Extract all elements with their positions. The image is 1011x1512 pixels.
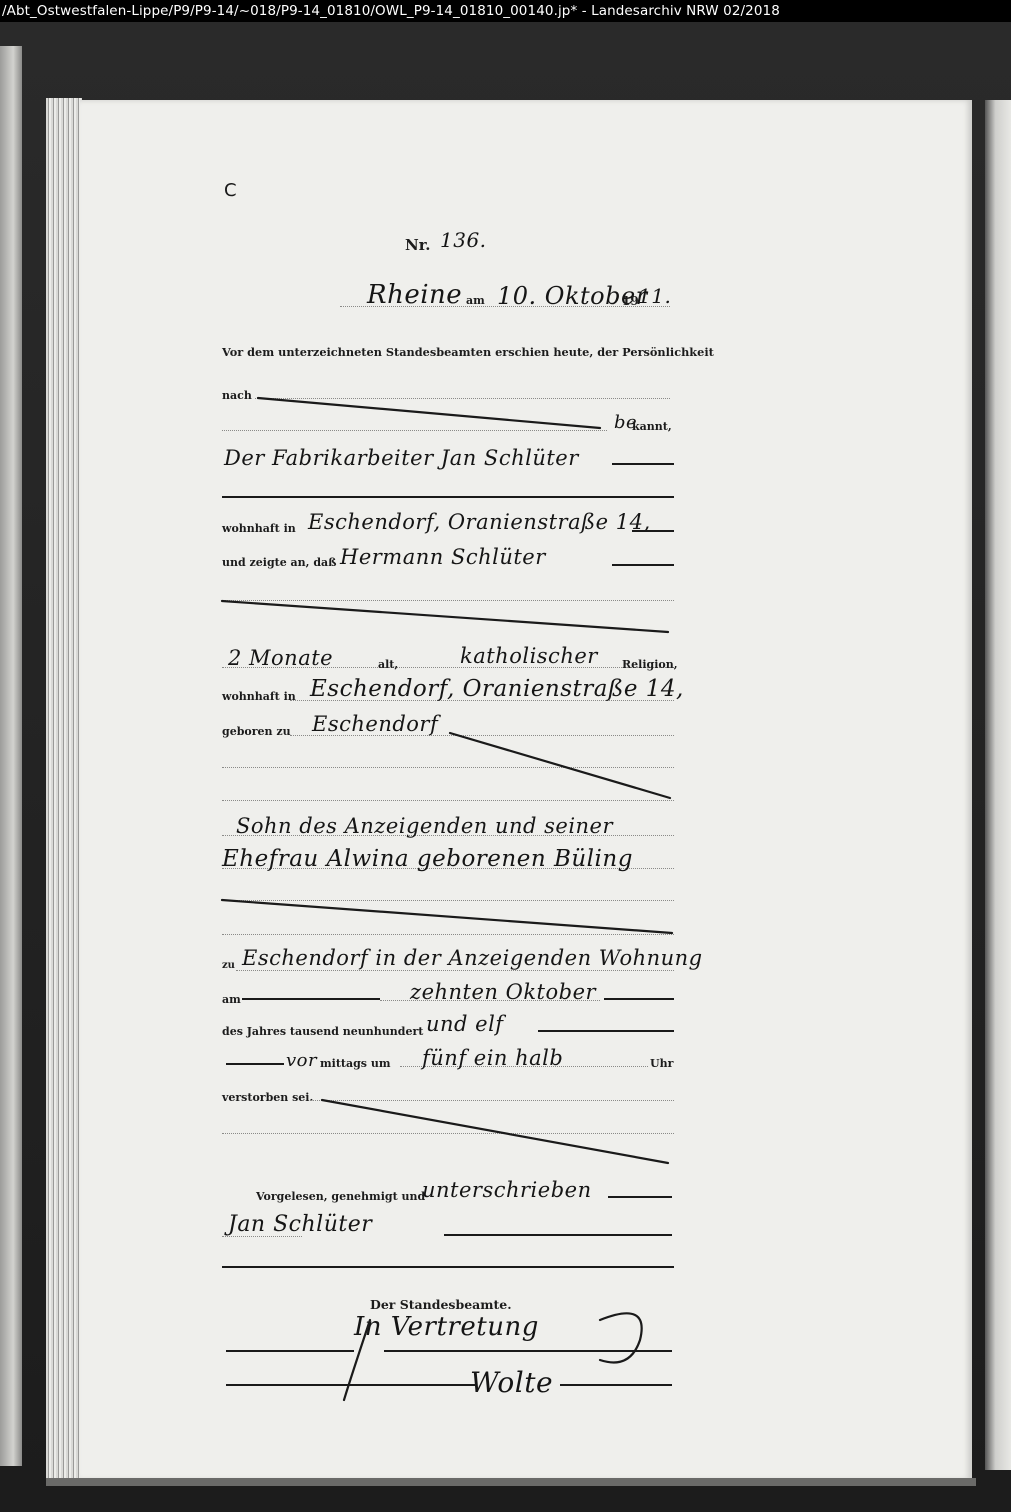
parents-line-1: Sohn des Anzeigenden und seiner <box>236 814 613 838</box>
death-date: zehnten Oktober <box>410 980 596 1004</box>
death-year: und elf <box>426 1012 504 1036</box>
death-year-label: des Jahres tausend neunhundert <box>222 1025 423 1038</box>
form-letter: C <box>224 180 237 201</box>
death-date-label: am <box>222 993 241 1006</box>
verstorben-label: verstorben sei. <box>222 1091 313 1104</box>
registrar-signature-1: In Vertretung <box>354 1312 539 1342</box>
record-number-label: Nr. <box>405 236 430 254</box>
record-number: 136. <box>440 228 487 252</box>
mittags-label: mittags um <box>320 1057 390 1070</box>
registrar-signature-2: Wolte <box>470 1366 553 1399</box>
birthplace-label: geboren zu <box>222 725 291 738</box>
registrar-label: Der Standesbeamte. <box>370 1297 512 1312</box>
deceased-residence: Eschendorf, Oranienstraße 14, <box>310 676 684 702</box>
informant-signature: Jan Schlüter <box>228 1212 372 1237</box>
death-time: fünf ein halb <box>422 1046 563 1070</box>
religion-label: Religion, <box>622 658 678 671</box>
page-stack-edge <box>46 98 82 1480</box>
window-title: /Abt_Ostwestfalen-Lippe/P9/P9-14/~018/P9… <box>0 0 1011 22</box>
deceased-age: 2 Monate <box>228 646 333 670</box>
birthplace: Eschendorf <box>312 712 438 736</box>
page-bottom-shadow <box>46 1478 976 1486</box>
religion: katholischer <box>460 644 598 668</box>
residence-label-2: wohnhaft in <box>222 690 296 703</box>
residence-label: wohnhaft in <box>222 522 296 535</box>
death-place: Eschendorf in der Anzeigenden Wohnung <box>242 946 703 970</box>
informant-residence: Eschendorf, Oranienstraße 14, <box>308 510 651 534</box>
read-approved-label: Vorgelesen, genehmigt und <box>256 1190 425 1203</box>
year-suffix: 11. <box>638 284 671 308</box>
death-place-label: zu <box>222 960 235 971</box>
registry-place: Rheine <box>367 280 462 310</box>
right-page-edge <box>985 100 1011 1470</box>
parents-line-2: Ehefrau Alwina geborenen Büling <box>222 846 633 872</box>
left-page-edge <box>0 46 22 1466</box>
bekannt-label: kannt, <box>632 420 672 433</box>
nach-label: nach <box>222 389 252 402</box>
anzeige-label: und zeigte an, daß <box>222 556 337 569</box>
deceased-name: Hermann Schlüter <box>340 545 546 569</box>
year-prefix: 19 <box>622 294 639 308</box>
date-prefix: am <box>466 294 485 307</box>
intro-line: Vor dem unterzeichneten Standesbeamten e… <box>222 345 714 359</box>
signed-handwritten: unterschrieben <box>422 1178 592 1202</box>
informant: Der Fabrikarbeiter Jan Schlüter <box>224 446 579 470</box>
uhr-label: Uhr <box>650 1057 673 1070</box>
vor-mittags: vor <box>286 1050 317 1071</box>
age-label: alt, <box>378 658 398 671</box>
